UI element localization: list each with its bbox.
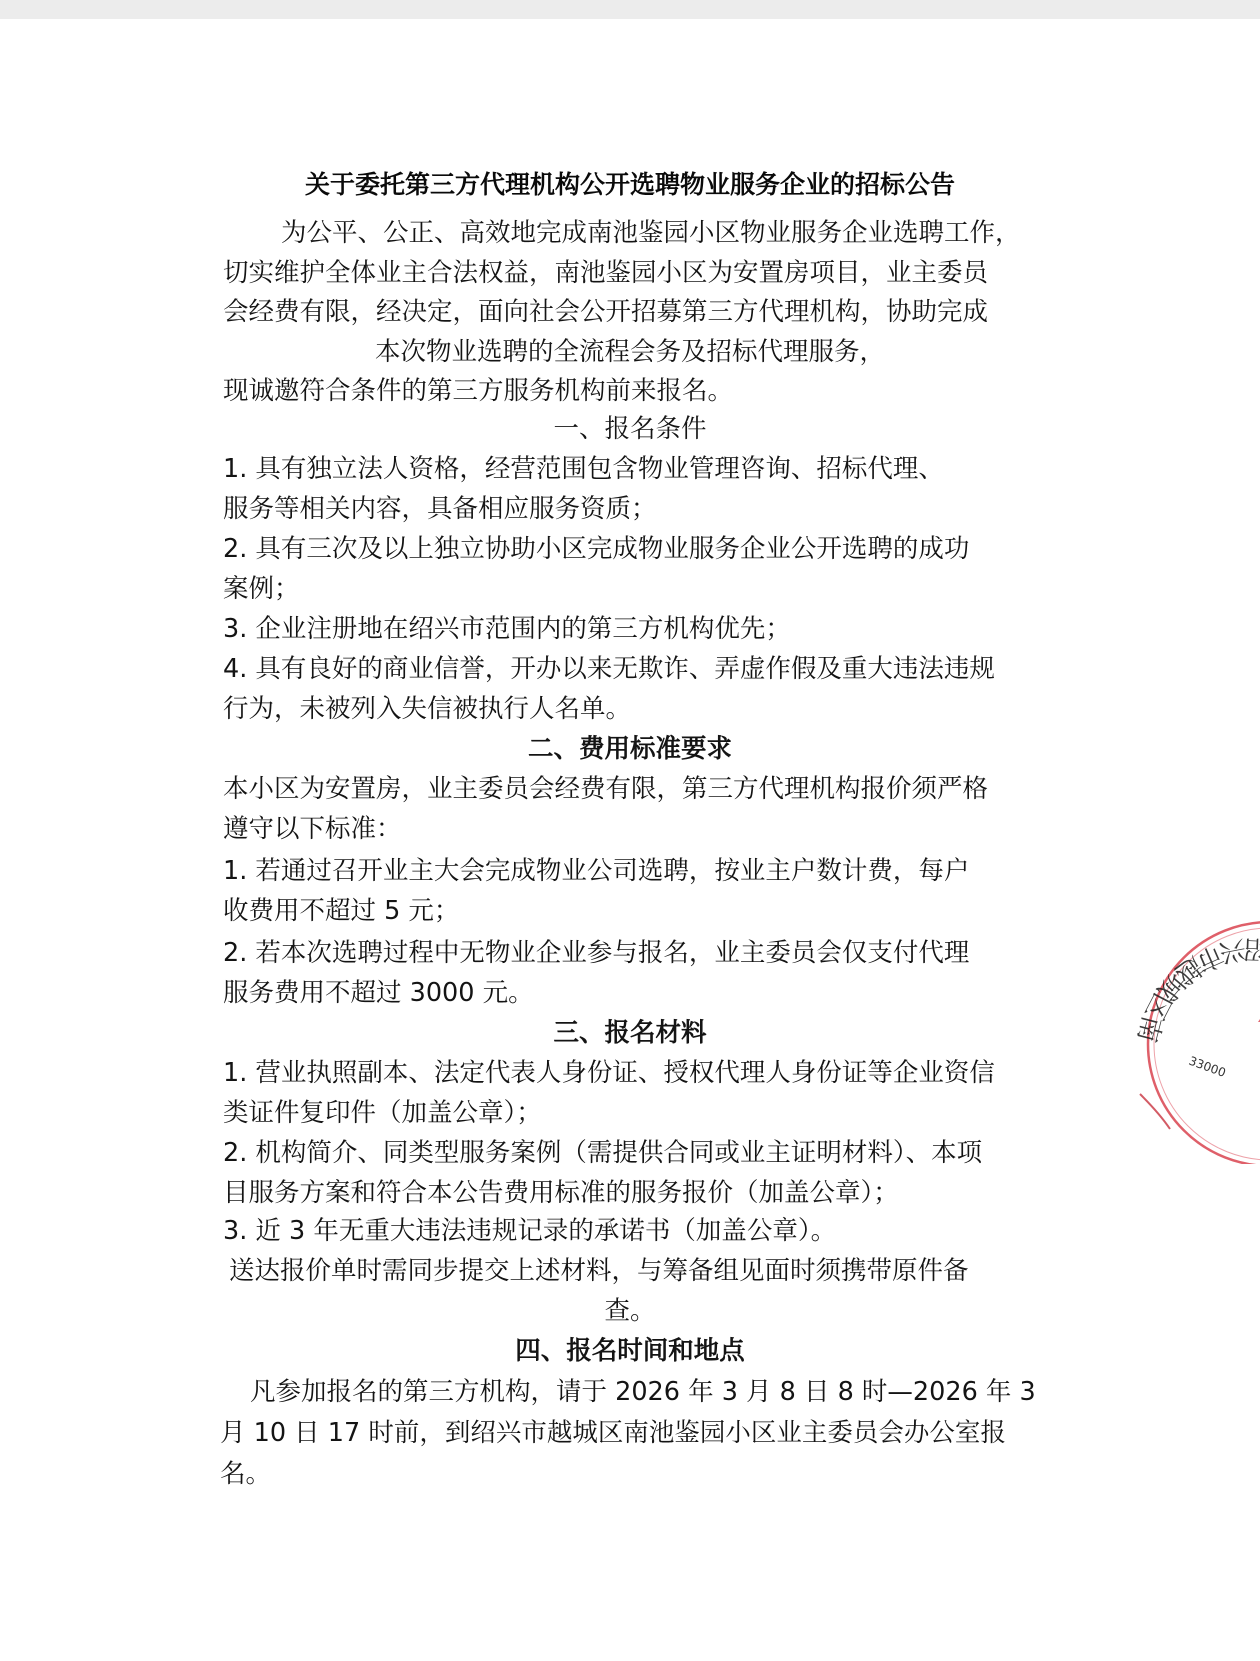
- section-1-line-5: 3. 企业注册地在绍兴市范围内的第三方机构优先；: [223, 609, 791, 649]
- section-1-line-4: 案例；: [223, 569, 300, 609]
- section-1-line-7: 行为，未被列入失信被执行人名单。: [223, 689, 631, 729]
- intro-line-1: 为公平、公正、高效地完成南池鉴园小区物业服务企业选聘工作，: [281, 213, 1021, 253]
- section-1-line-1: 1. 具有独立法人资格，经营范围包含物业管理咨询、招标代理、: [223, 449, 944, 489]
- svg-text:33000: 33000: [1187, 1054, 1228, 1080]
- section-3-line-4: 目服务方案和符合本公告费用标准的服务报价（加盖公章）；: [223, 1173, 899, 1213]
- section-2-line-1: 本小区为安置房，业主委员会经费有限，第三方代理机构报价须严格: [223, 769, 988, 809]
- section-1-heading: 一、报名条件: [0, 409, 1260, 449]
- section-1-line-2: 服务等相关内容，具备相应服务资质；: [223, 489, 657, 529]
- section-4-heading: 四、报名时间和地点: [0, 1331, 1260, 1371]
- section-3-heading: 三、报名材料: [0, 1013, 1260, 1053]
- section-2-line-3: 1. 若通过召开业主大会完成物业公司选聘，按业主户数计费，每户: [223, 851, 969, 891]
- section-1-line-3: 2. 具有三次及以上独立协助小区完成物业服务企业公开选聘的成功: [223, 529, 969, 569]
- intro-line-2: 切实维护全体业主合法权益，南池鉴园小区为安置房项目，业主委员: [223, 253, 988, 293]
- intro-line-4: 本次物业选聘的全流程会务及招标代理服务，: [0, 332, 1260, 372]
- section-2-line-4: 收费用不超过 5 元；: [223, 891, 459, 931]
- section-3-line-5: 3. 近 3 年无重大违法违规记录的承诺书（加盖公章）。: [223, 1211, 836, 1251]
- document-title: 关于委托第三方代理机构公开选聘物业服务企业的招标公告: [0, 165, 1260, 205]
- section-2-line-2: 遵守以下标准：: [223, 809, 402, 849]
- intro-line-5: 现诚邀符合条件的第三方服务机构前来报名。: [223, 371, 733, 411]
- section-3-line-7: 查。: [0, 1291, 1260, 1331]
- top-gray-band: [0, 0, 1260, 19]
- intro-line-3: 会经费有限，经决定，面向社会公开招募第三方代理机构，协助完成: [223, 292, 988, 332]
- section-4-line-3: 名。: [220, 1454, 271, 1494]
- section-4-line-1: 凡参加报名的第三方机构，请于 2026 年 3 月 8 日 8 时—2026 年…: [250, 1372, 1036, 1412]
- document-page: 关于委托第三方代理机构公开选聘物业服务企业的招标公告 为公平、公正、高效地完成南…: [0, 19, 1260, 1661]
- section-3-line-6: 送达报价单时需同步提交上述材料，与筹备组见面时须携带原件备: [229, 1251, 969, 1291]
- section-1-line-6: 4. 具有良好的商业信誉，开办以来无欺诈、弄虚作假及重大违法违规: [223, 649, 995, 689]
- section-3-line-1: 1. 营业执照副本、法定代表人身份证、授权代理人身份证等企业资信: [223, 1053, 995, 1093]
- section-2-line-5: 2. 若本次选聘过程中无物业企业参与报名，业主委员会仅支付代理: [223, 933, 969, 973]
- section-3-line-2: 类证件复印件（加盖公章）；: [223, 1093, 542, 1133]
- section-2-line-6: 服务费用不超过 3000 元。: [223, 973, 534, 1013]
- section-2-heading: 二、费用标准要求: [0, 729, 1260, 769]
- section-3-line-3: 2. 机构简介、同类型服务案例（需提供合同或业主证明材料）、本项: [223, 1133, 982, 1173]
- section-4-line-2: 月 10 日 17 时前，到绍兴市越城区南池鉴园小区业主委员会办公室报: [220, 1413, 1006, 1453]
